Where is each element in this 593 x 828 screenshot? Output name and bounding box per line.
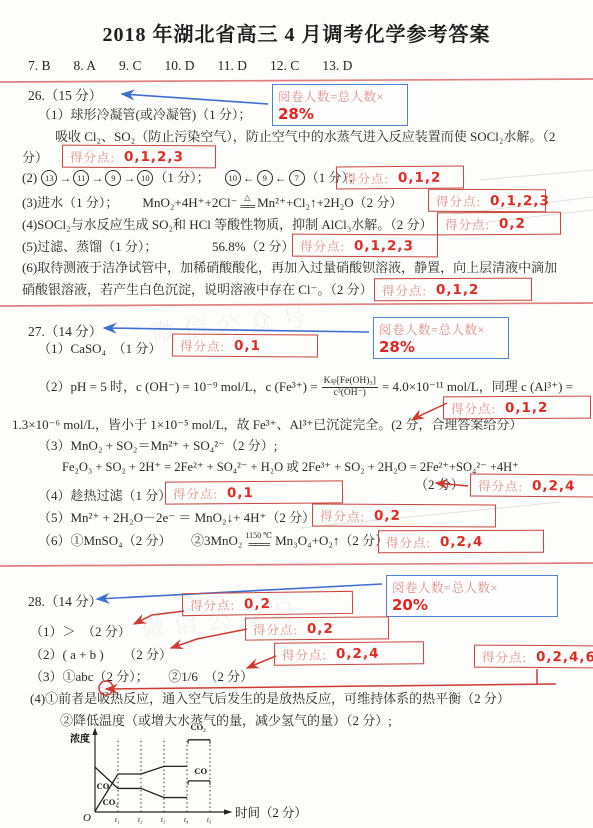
equals-with-temperature: 1150 ℃ ═══ <box>245 532 272 551</box>
grader-note-percent: 20% <box>392 596 552 614</box>
flow-sequence-forward: 13→11→9→10 <box>40 170 154 186</box>
score-label: 得分点: <box>173 484 218 502</box>
score-points: 0,2 <box>374 507 401 523</box>
q26-equation: MnO₂+4H⁺+2Cl⁻ △ ══ Mn²⁺+Cl₂↑+2H₂O（2 分） <box>142 194 402 213</box>
grader-note-formula: 阅卷人数=总人数× <box>392 578 552 596</box>
score-box-q27-3: 得分点: 0,2,4 <box>470 473 593 497</box>
score-label: 得分点: <box>482 647 527 665</box>
red-arrow-q28-3 <box>247 656 276 668</box>
score-points: 0,1,2,3 <box>124 148 184 164</box>
score-box-q26-1: 得分点: 0,1,2,3 <box>62 145 216 169</box>
score-points: 0,1,2 <box>505 399 549 415</box>
score-label: 得分点: <box>180 336 225 354</box>
q26-answer-1-detail-cont: 分） <box>22 150 48 166</box>
y-axis-arrow <box>92 728 97 736</box>
score-label: 得分点: <box>253 620 298 638</box>
fraction-numerator: Ksp[Fe(OH)₃] <box>322 376 378 388</box>
q26-heading: 26.（15 分） <box>28 88 102 105</box>
equals-sign: ══ <box>240 202 254 213</box>
circled-number: 9 <box>257 170 273 186</box>
score-box-q28-3: 得分点: 0,2,4 <box>274 641 424 666</box>
ksp-fraction: Ksp[Fe(OH)₃] c³(OH⁻) <box>322 376 378 399</box>
score-box-q26-5: 得分点: 0,1,2,3 <box>292 234 438 258</box>
equation-right: Mn²⁺+Cl₂↑+2H₂O（2 分） <box>257 195 402 211</box>
score-box-q28-4: 得分点: 0,2,4,6 <box>474 645 593 669</box>
score-points: 0,2,4 <box>532 477 576 493</box>
q26-answer-4: (4)SOCl₂与水反应生成 SO₂和 HCl 等酸性物质，抑制 AlCl₃水解… <box>22 217 432 233</box>
circled-number: 9 <box>105 170 121 186</box>
q28-answer-1: （1）＞ （2 分） <box>30 624 131 640</box>
score-box-q27-5: 得分点: 0,2 <box>312 504 496 528</box>
scanned-answer-sheet: 微信公众号 微信公众号 2018 年湖北省高三 4 月调考化学参考答案 7. B… <box>0 0 593 828</box>
q26-answer-5: (5)过滤、蒸馏（1 分）； <box>22 239 157 255</box>
q27-answer-3-eq1: （3）MnO₂ + SO₂＝Mn²⁺ + SO₄²⁻（2 分）; <box>38 438 277 454</box>
grader-note-q27: 阅卷人数=总人数× 28% <box>373 317 509 359</box>
score-points: 0,1 <box>227 485 254 501</box>
x-tick-label: t₅ <box>207 816 212 824</box>
q26-answer-1: （1）球形冷凝管(或冷凝管)（1 分）； <box>38 107 251 123</box>
q27-answer-6: （6）①MnSO₄（2 分） ②3MnO₂ 1150 ℃ ═══ Mn₃O₄+O… <box>38 532 388 551</box>
grader-note-q26: 阅卷人数=总人数× 28% <box>272 84 408 126</box>
equals-with-delta: △ ══ <box>240 194 254 213</box>
mc-answer: 8. A <box>74 58 97 74</box>
score-label: 得分点: <box>478 476 523 494</box>
circled-number: 7 <box>289 170 305 186</box>
q28-answer-3: （3）①abc（2 分）； ②1/6 （2 分） <box>30 669 253 685</box>
q26-answer-1-detail: 吸收 Cl₂、SO₂（防止污染空气），防止空气中的水蒸气进入反应装置而使 SOC… <box>55 129 555 145</box>
x-tick-label: t₁ <box>115 816 119 824</box>
x-tick-label: t₃ <box>161 816 166 824</box>
score-points: 0,2,4,6 <box>536 649 593 665</box>
score-box-q27-4: 得分点: 0,1 <box>165 480 343 504</box>
blue-arrow-q26 <box>122 94 268 104</box>
score-points: 0,1,2 <box>436 281 479 297</box>
score-label: 得分点: <box>382 281 427 299</box>
score-label: 得分点: <box>386 533 431 551</box>
grader-note-formula: 阅卷人数=总人数× <box>379 320 503 338</box>
score-label: 得分点: <box>70 147 115 165</box>
series-label: CO₂ <box>190 726 206 732</box>
grader-note-q28: 阅卷人数=总人数× 20% <box>386 575 558 617</box>
q27-heading: 27.（14 分） <box>28 324 102 341</box>
mc-answer: 13. D <box>322 58 352 74</box>
x-tick-label: t₄ <box>184 816 189 824</box>
q27-answer-6-post: Mn₃O₄+O₂↑（2 分） <box>275 533 388 549</box>
x-axis-label: 时间（2 分） <box>235 805 307 820</box>
red-separator-line <box>0 79 593 82</box>
q28-answer-4-line1: (4)①前者是吸热反应，通入空气后发生的是放热反应，可维持体系的热平衡（2 分） <box>30 691 510 707</box>
score-label: 得分点: <box>190 595 235 614</box>
score-box-q26-4: 得分点: 0,2 <box>437 212 561 236</box>
y-axis-label: 浓度 <box>70 732 90 745</box>
score-points: 0,1 <box>234 337 261 353</box>
mc-answer: 7. B <box>28 58 51 74</box>
concentration-time-chart: t₁t₂t₃t₄t₅COCO₂CO₂CO浓度O时间（2 分） <box>69 726 369 828</box>
x-axis-arrow <box>224 809 233 814</box>
q26-answer-2-num: (2) <box>22 170 37 186</box>
multiple-choice-answers: 7. B 8. A 9. C 10. D 11. D 12. C 13. D <box>28 58 352 74</box>
series-label: CO <box>97 781 110 791</box>
score-label: 得分点: <box>436 191 481 209</box>
equation-left: MnO₂+4H⁺+2Cl⁻ <box>142 195 237 211</box>
mc-answer: 10. D <box>165 58 195 74</box>
score-points: 0,1,2,3 <box>490 193 550 209</box>
score-box-q26-6: 得分点: 0,1,2 <box>374 278 532 302</box>
q26-answer-5-value: 56.8%（2 分） <box>212 239 294 255</box>
q27-answer-1: （1）CaSO₄ （1 分） <box>38 341 161 357</box>
q26-answer-6-line1: (6)取待测液于洁净试管中，加稀硝酸酸化，再加入过量硝酸钡溶液，静置，向上层清液… <box>22 260 557 276</box>
score-label: 得分点: <box>451 399 496 417</box>
score-box-q27-2: 得分点: 0,1,2 <box>443 396 591 420</box>
circled-number: 10 <box>137 170 153 186</box>
page-title: 2018 年湖北省高三 4 月调考化学参考答案 <box>0 18 593 47</box>
score-box-q26-2: 得分点: 0,1,2 <box>336 166 464 190</box>
mc-answer: 12. C <box>270 58 299 74</box>
mc-answer: 9. C <box>119 58 142 74</box>
flow-sequence-backward: 10←9←7 <box>224 170 306 186</box>
score-points: 0,2,4 <box>440 533 483 549</box>
score-points: 0,1,2 <box>398 169 442 185</box>
circled-number: 11 <box>73 170 89 186</box>
equals-sign: ═══ <box>249 540 269 551</box>
score-box-q27-6: 得分点: 0,2,4 <box>378 530 544 554</box>
score-box-q28-1: 得分点: 0,2 <box>182 591 353 616</box>
q28-heading: 28.（14 分） <box>28 594 102 611</box>
score-label: 得分点: <box>282 645 327 663</box>
fraction-denominator: c³(OH⁻) <box>334 388 366 399</box>
mc-answer: 11. D <box>218 58 248 74</box>
score-box-q27-1: 得分点: 0,1 <box>172 333 318 357</box>
series-label: CO₂ <box>103 797 119 807</box>
score-label: 得分点: <box>344 169 389 187</box>
q27-answer-3-score: （2 分） <box>415 477 464 493</box>
q26-answer-2-score1: （1 分）； <box>154 170 209 186</box>
q27-answer-2-pre: （2）pH = 5 时，c (OH⁻) = 10⁻⁹ mol/L，c (Fe³⁺… <box>38 379 318 395</box>
grader-note-percent: 28% <box>379 338 503 356</box>
series-label: CO <box>194 766 207 776</box>
circled-number: 10 <box>225 170 241 186</box>
score-label: 得分点: <box>300 236 345 254</box>
grader-note-formula: 阅卷人数=总人数× <box>278 87 402 105</box>
origin-label: O <box>83 812 91 824</box>
q27-answer-3-eq2: Fe₂O₃ + SO₂ + 2H⁺ = 2Fe²⁺ + SO₄²⁻ + H₂O … <box>62 460 519 476</box>
q27-answer-2-line2: 1.3×10⁻⁶ mol/L，皆小于 1×10⁻⁵ mol/L，故 Fe³⁺、A… <box>12 417 522 433</box>
x-tick-label: t₂ <box>138 816 143 824</box>
score-points: 0,2 <box>244 595 271 611</box>
score-box-q28-2: 得分点: 0,2 <box>245 616 389 640</box>
q26-answer-6-line2: 硝酸银溶液，若产生白色沉淀，说明溶液中存在 Cl⁻。（2 分） <box>22 282 373 298</box>
q27-answer-2-post: = 4.0×10⁻¹¹ mol/L，同理 c (Al³⁺) = <box>382 379 573 395</box>
score-points: 0,2 <box>499 215 526 231</box>
q27-answer-4: （4）趁热过滤（1 分） <box>38 488 171 504</box>
red-separator-line <box>0 563 593 566</box>
q27-answer-5: （5）Mn²⁺ + 2H₂O－2e⁻ ＝ MnO₂↓+ 4H⁺（2 分） <box>38 510 315 526</box>
score-points: 0,1,2,3 <box>354 237 414 253</box>
q28-answer-2: （2）( a + b ) （2 分） <box>30 647 172 663</box>
score-label: 得分点: <box>320 506 365 524</box>
score-points: 0,2,4 <box>336 645 380 661</box>
q26-answer-2: (2) 13→11→9→10 （1 分）； 10←9←7 （1 分）； <box>22 170 361 186</box>
score-points: 0,2 <box>307 620 334 636</box>
score-label: 得分点: <box>445 215 490 233</box>
q26-answer-3: (3)进水（1 分）； MnO₂+4H⁺+2Cl⁻ △ ══ Mn²⁺+Cl₂↑… <box>22 194 402 213</box>
q26-answer-3-text: (3)进水（1 分）； <box>22 195 118 211</box>
grader-note-percent: 28% <box>278 105 402 123</box>
score-box-q26-3: 得分点: 0,1,2,3 <box>428 189 546 212</box>
q27-answer-6-pre: （6）①MnSO₄（2 分） ②3MnO₂ <box>38 533 242 549</box>
circled-number: 13 <box>41 170 57 186</box>
